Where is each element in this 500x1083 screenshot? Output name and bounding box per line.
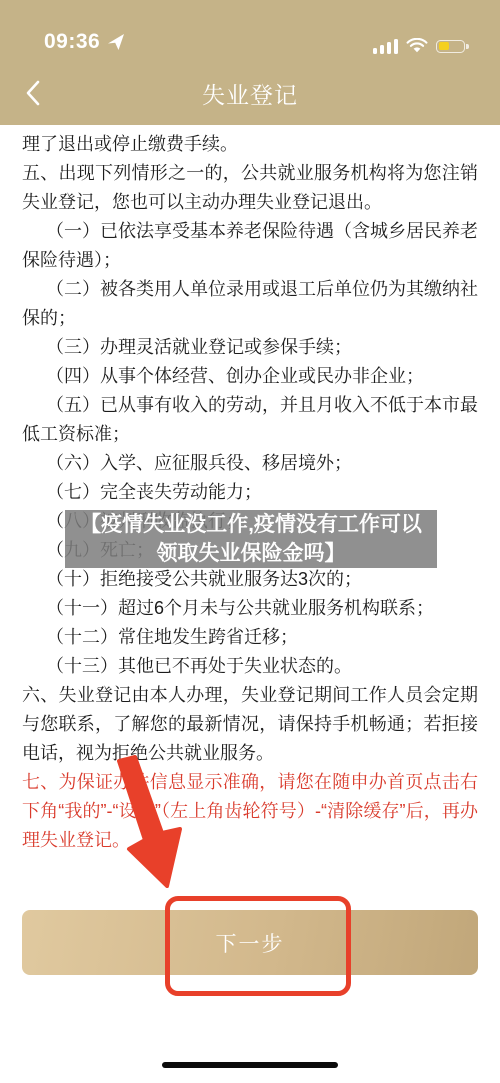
next-step-label: 下一步	[216, 928, 285, 958]
paragraph: （七）完全丧失劳动能力；	[22, 478, 478, 507]
watermark-line2: 领取失业保险金吗】	[157, 539, 346, 568]
paragraph: （二）被各类用人单位录用或退工后单位仍为其缴纳社保的；	[22, 275, 478, 333]
back-chevron-icon	[25, 80, 41, 106]
cellular-signal-icon	[373, 39, 399, 54]
next-step-button[interactable]: 下一步	[22, 910, 478, 975]
paragraph: （三）办理灵活就业登记或参保手续；	[22, 333, 478, 362]
wifi-icon	[406, 38, 428, 54]
paragraph: 理了退出或停止缴费手续。	[22, 130, 478, 159]
policy-text: 理了退出或停止缴费手续。五、出现下列情形之一的，公共就业服务机构将为您注销失业登…	[0, 125, 500, 855]
paragraph: （一）已依法享受基本养老保险待遇（含城乡居民养老保险待遇）；	[22, 217, 478, 275]
battery-fill	[439, 42, 450, 50]
watermark-caption: 【疫情失业没工作,疫情没有工作可以 领取失业保险金吗】	[65, 510, 437, 568]
back-button[interactable]	[16, 76, 50, 110]
paragraph: 六、失业登记由本人办理，失业登记期间工作人员会定期与您联系，了解您的最新情况，请…	[22, 681, 478, 768]
app-screen: 09:36 失业登记 理了退出或停止缴费手续。五、出	[0, 0, 500, 1083]
paragraph: （六）入学、应征服兵役、移居境外；	[22, 449, 478, 478]
paragraph: （十）拒绝接受公共就业服务达3次的；	[22, 565, 478, 594]
paragraph: （十三）其他已不再处于失业状态的。	[22, 652, 478, 681]
paragraph: （四）从事个体经营、创办企业或民办非企业；	[22, 362, 478, 391]
home-indicator[interactable]	[162, 1062, 338, 1068]
location-arrow-icon	[107, 33, 125, 51]
paragraph: 五、出现下列情形之一的，公共就业服务机构将为您注销失业登记，您也可以主动办理失业…	[22, 159, 478, 217]
paragraph: 七、为保证办件信息显示准确，请您在随申办首页点击右下角“我的”-“设置”（左上角…	[22, 768, 478, 855]
paragraph: （五）已从事有收入的劳动，并且月收入不低于本市最低工资标准；	[22, 391, 478, 449]
clock: 09:36	[44, 30, 100, 54]
watermark-line1: 【疫情失业没工作,疫情没有工作可以	[80, 510, 422, 539]
status-bar: 09:36	[0, 0, 500, 62]
paragraph: （十二）常住地发生跨省迁移；	[22, 623, 478, 652]
page-title: 失业登记	[202, 77, 298, 110]
nav-header: 失业登记	[0, 62, 500, 125]
paragraph: （十一）超过6个月未与公共就业服务机构联系；	[22, 594, 478, 623]
battery-icon	[436, 39, 470, 53]
